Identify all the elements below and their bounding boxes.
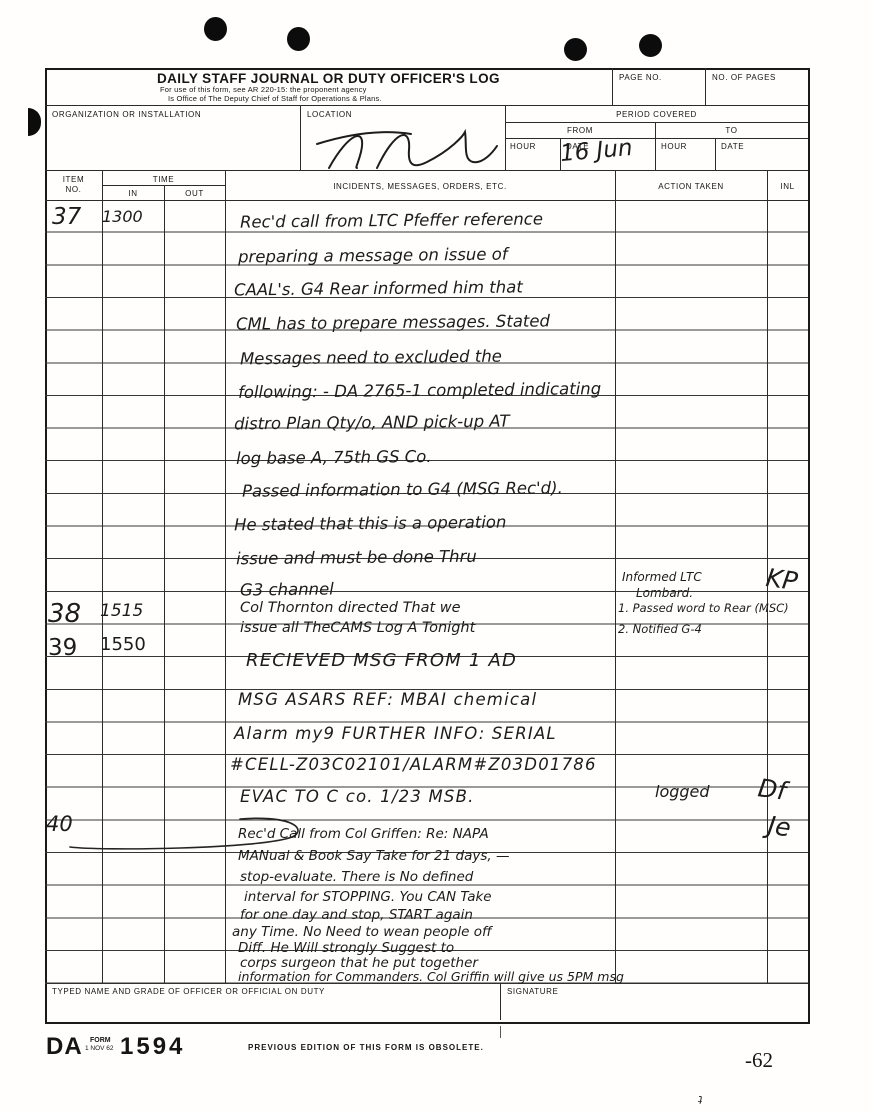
entry-line: distro Plan Qty/o, AND pick-up AT [234,412,510,434]
entry-line: Messages need to excluded the [240,347,502,369]
page-number-stamp: -62 [745,1048,773,1073]
item-col-label: ITEM [45,175,102,184]
grid-line [505,122,808,123]
entry-time-in: 1515 [100,601,143,621]
punch-hole [287,27,310,51]
entry-line: MANual & Book Say Take for 21 days, — [238,848,509,864]
grid-line [102,170,103,983]
no-of-pages-label: NO. OF PAGES [712,73,776,82]
punch-hole [639,34,662,57]
entry-line: Rec'd call from LTC Pfeffer reference [240,209,543,231]
entry-line: for one day and stop, START again [240,907,473,923]
obsolete-note: PREVIOUS EDITION OF THIS FORM IS OBSOLET… [248,1043,484,1052]
grid-line [615,170,616,983]
form-word: FORM [90,1037,111,1044]
grid-line [225,170,226,983]
time-out-col-label: OUT [164,189,225,198]
entry-line: Diff. He Will strongly Suggest to [238,940,454,956]
entry-line: Alarm my9 FURTHER INFO: SERIAL [234,724,557,743]
organization-label: ORGANIZATION OR INSTALLATION [52,110,201,119]
inl-col-label: INL [767,182,808,191]
period-covered-label: PERIOD COVERED [505,110,808,119]
from-hour-label: HOUR [510,142,536,151]
entry-line: following: - DA 2765-1 completed indicat… [238,379,601,402]
entry-line: EVAC TO C co. 1/23 MSB. [240,787,475,806]
entry-line: log base A, 75th GS Co. [236,447,432,468]
to-hour-label: HOUR [661,142,687,151]
to-label: TO [655,126,808,135]
punch-hole [564,38,587,61]
entry-line: RECIEVED MSG FROM 1 AD [246,650,517,671]
entry-line: Passed information to G4 (MSG Rec'd). [242,478,563,500]
grid-line [705,68,706,105]
entry-item-no: 38 [48,599,81,629]
entry-line: interval for STOPPING. You CAN Take [244,889,492,905]
grid-line [300,105,301,170]
form-title: DAILY STAFF JOURNAL OR DUTY OFFICER'S LO… [157,71,500,86]
action-col-label: ACTION TAKEN [615,182,767,191]
entry-item-no: 37 [52,204,81,230]
entry-line: preparing a message on issue of [238,245,508,267]
form-number: 1594 [120,1033,185,1061]
location-label: LOCATION [307,110,352,119]
grid-line [45,105,808,106]
entry-line: He stated that this is a operation [234,513,507,535]
to-date-label: DATE [721,142,744,151]
entry-action-line: 1. Passed word to Rear (MSC) [618,601,789,615]
entry-line: MSG ASARS REF: MBAI chemical [238,690,537,709]
scanned-da-form-1594: DAILY STAFF JOURNAL OR DUTY OFFICER'S LO… [0,0,872,1112]
stray-mark: ʇ [698,1092,702,1105]
typed-name-label: TYPED NAME AND GRADE OF OFFICER OR OFFIC… [52,987,325,996]
entry-initials: Je [766,811,793,843]
entry-action-line: logged [655,782,710,801]
entry-line: CAAL's. G4 Rear informed him that [234,277,523,299]
entry-line: CML has to prepare messages. Stated [236,311,550,333]
incidents-col-label: INCIDENTS, MESSAGES, ORDERS, ETC. [225,182,615,191]
entry-action-line: Lombard. [636,586,693,600]
entry-line: stop-evaluate. There is No defined [240,869,473,885]
grid-line [715,138,716,170]
entry-line: information for Commanders. Col Griffin … [238,969,624,984]
entry-line: issue all TheCAMS Log A Tonight [240,620,475,636]
entry-initials: Df [756,773,788,806]
entry-time-in: 1300 [102,207,143,226]
entry-action-line: 2. Notified G-4 [618,622,702,636]
binder-mark [28,108,41,136]
signature-label: SIGNATURE [507,987,558,996]
entry-initials: KP [764,563,799,596]
entry-line: #CELL-Z03C02101/ALARM#Z03D01786 [230,755,597,774]
page-no-label: PAGE NO. [619,73,662,82]
punch-hole [204,17,227,41]
from-label: FROM [505,126,655,135]
time-col-label: TIME [102,175,225,184]
grid-line [612,68,613,105]
entry-time-in: 1550 [100,634,146,655]
entry-line: issue and must be done Thru [236,547,477,569]
item-no-col-label: NO. [45,185,102,194]
entry-line: any Time. No Need to wean people off [232,924,492,940]
form-da-mark: DA [46,1033,83,1061]
form-edition-date: 1 NOV 62 [85,1045,114,1052]
time-in-col-label: IN [102,189,164,198]
form-subtitle-2: Is Office of The Deputy Chief of Staff f… [168,94,382,103]
grid-line [164,185,165,983]
entry-line: Rec'd Call from Col Griffen: Re: NAPA [238,826,489,842]
entry-line: Col Thornton directed That we [240,600,461,616]
form-subtitle-1: For use of this form, see AR 220-15: the… [160,85,367,94]
grid-line [500,983,501,1020]
entry-action-line: Informed LTC [622,570,702,584]
fold-mark [500,1026,501,1038]
entry-item-no: 39 [48,635,77,661]
entry-line: G3 channel [240,580,334,600]
grid-line [505,138,808,139]
location-signature [315,122,500,177]
